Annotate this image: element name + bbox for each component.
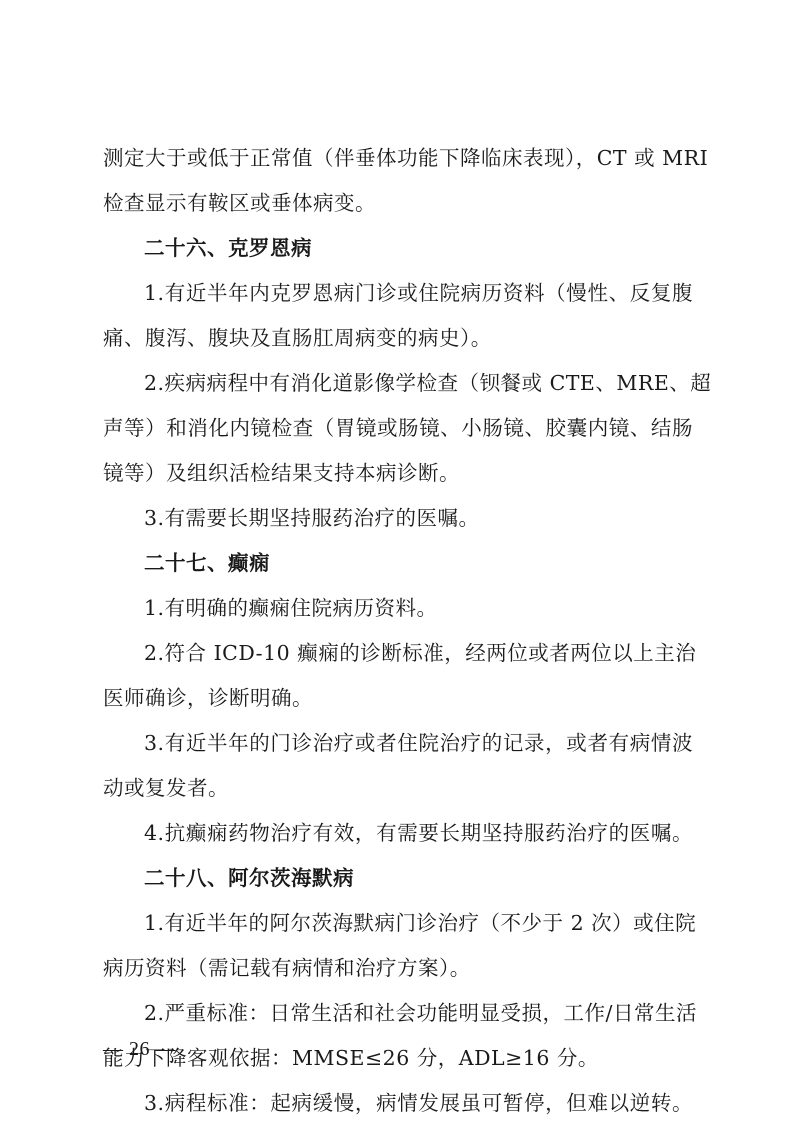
paragraph-line: 医师确诊，诊断明确。	[103, 678, 693, 718]
paragraph-line: 2.符合 ICD-10 癫痫的诊断标准，经两位或者两位以上主治	[103, 633, 693, 673]
section-heading-epilepsy: 二十七、癫痫	[103, 543, 693, 583]
paragraph-line: 1.有近半年的阿尔茨海默病门诊治疗（不少于 2 次）或住院	[103, 903, 693, 943]
paragraph-line: 2.严重标准：日常生活和社会功能明显受损，工作/日常生活	[103, 993, 693, 1033]
paragraph-line: 1.有近半年内克罗恩病门诊或住院病历资料（慢性、反复腹	[103, 273, 693, 313]
paragraph-line: 镜等）及组织活检结果支持本病诊断。	[103, 453, 693, 493]
section-heading-crohns: 二十六、克罗恩病	[103, 228, 693, 268]
paragraph-line: 测定大于或低于正常值（伴垂体功能下降临床表现），CT 或 MRI	[103, 138, 693, 178]
paragraph-line: 动或复发者。	[103, 768, 693, 808]
paragraph-line: 检查显示有鞍区或垂体病变。	[103, 183, 693, 223]
paragraph-line: 病历资料（需记载有病情和治疗方案）。	[103, 948, 693, 988]
paragraph-line: 3.病程标准：起病缓慢，病情发展虽可暂停，但难以逆转。	[103, 1083, 693, 1122]
page-number: — 26 —	[103, 1038, 176, 1061]
paragraph-line: 3.有近半年的门诊治疗或者住院治疗的记录，或者有病情波	[103, 723, 693, 763]
paragraph-line: 1.有明确的癫痫住院病历资料。	[103, 588, 693, 628]
paragraph-line: 4.抗癫痫药物治疗有效，有需要长期坚持服药治疗的医嘱。	[103, 813, 693, 853]
paragraph-line: 3.有需要长期坚持服药治疗的医嘱。	[103, 498, 693, 538]
paragraph-line: 声等）和消化内镜检查（胃镜或肠镜、小肠镜、胶囊内镜、结肠	[103, 408, 693, 448]
paragraph-line: 2.疾病病程中有消化道影像学检查（钡餐或 CTE、MRE、超	[103, 363, 693, 403]
paragraph-line: 痛、腹泻、腹块及直肠肛周病变的病史）。	[103, 318, 693, 358]
paragraph-line: 能力下降客观依据：MMSE≤26 分，ADL≥16 分。	[103, 1038, 693, 1078]
section-heading-alzheimers: 二十八、阿尔茨海默病	[103, 858, 693, 898]
